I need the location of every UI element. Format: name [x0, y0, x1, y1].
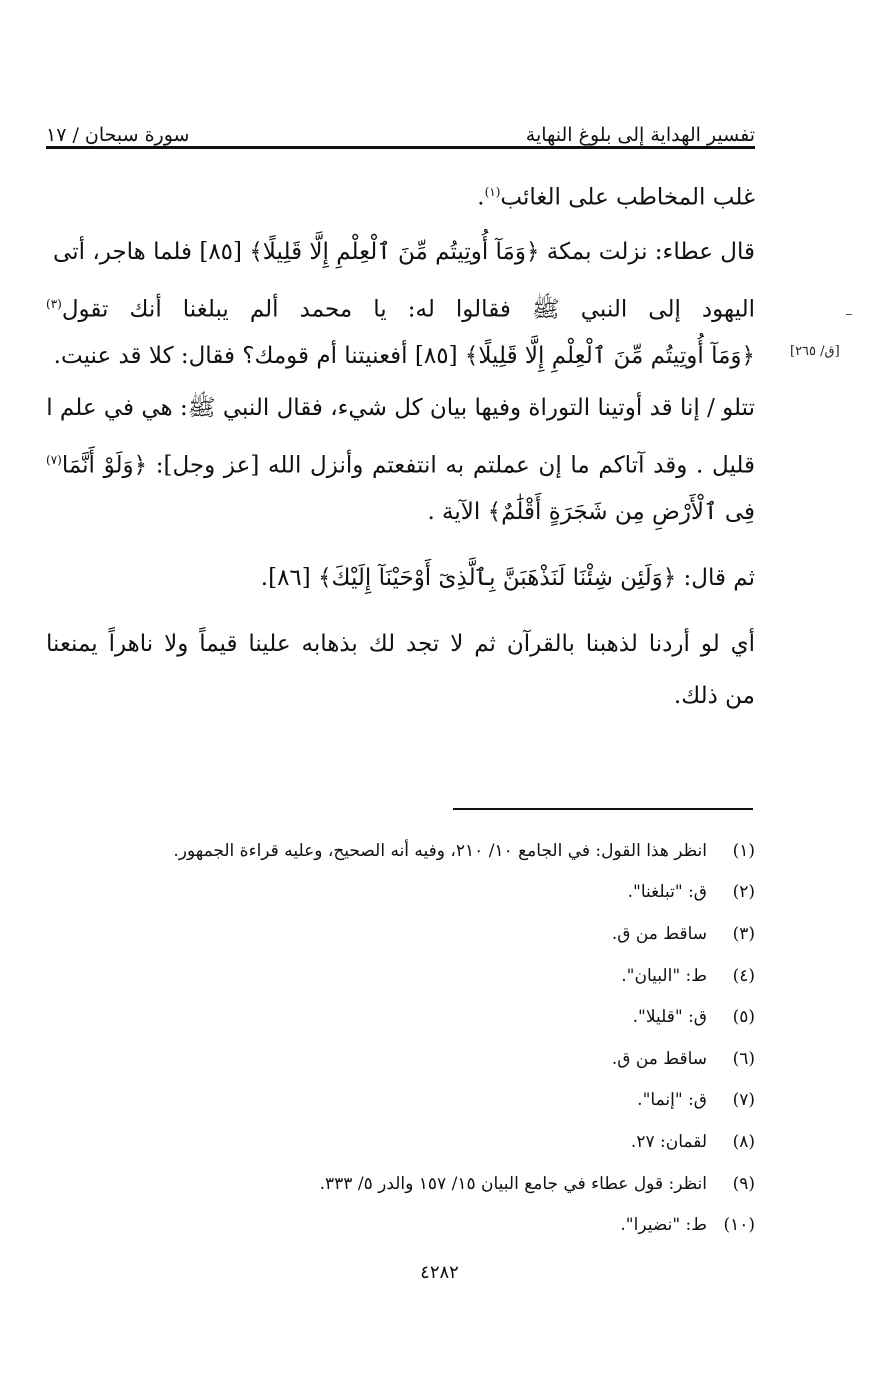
footnote-text: ق: "تبلغنا". — [46, 875, 707, 909]
line-text: تتلو / إنا قد أوتينا التوراة وفيها بيان … — [46, 395, 755, 421]
line-text: أي لو أردنا لذهبنا بالقرآن ثم لا تجد لك … — [46, 631, 755, 657]
footnote-marker[interactable]: (٣) — [46, 297, 62, 311]
footnote-item: (٢)ق: "تبلغنا". — [46, 872, 755, 914]
footnote-marker[interactable]: (١) — [485, 185, 501, 199]
footnote-marker[interactable]: (٧) — [46, 453, 62, 467]
footnote-number: (١) — [707, 834, 755, 868]
footnote-item: (١)انظر هذا القول: في الجامع ١٠/ ٢١٠، وف… — [46, 830, 755, 872]
footnote-number: (٧) — [707, 1083, 755, 1117]
text-line: قال عطاء: نزلت بمكة ﴿وَمَآ أُوتِيتُم مِّ… — [46, 226, 755, 278]
footnote-text: ط: "نضيرا". — [46, 1208, 707, 1242]
line-text: ثم قال: ﴿وَلَئِن شِئْنَا لَنَذْهَبَنَّ ب… — [261, 565, 755, 591]
manuscript-folio-note: [ق/ ٢٦٥] — [790, 344, 840, 359]
text-line: أي لو أردنا لذهبنا بالقرآن ثم لا تجد لك … — [46, 618, 755, 670]
footnote-number: (١٠) — [707, 1208, 755, 1242]
footnote-text: ساقط من ق. — [46, 917, 707, 951]
line-text: من ذلك. — [674, 683, 755, 709]
line-text: فِى ٱلْأَرْضِ مِن شَجَرَةٍ أَقْلَٰمٌ﴾ ال… — [427, 499, 755, 525]
text-line: اليهود إلى النبي ﷺ فقالوا له: يا محمد أل… — [46, 278, 755, 330]
footnote-divider — [453, 808, 753, 810]
footnote-number: (٢) — [707, 875, 755, 909]
line-text: غلب المخاطب على الغائب — [500, 185, 755, 211]
footnotes-list: (١)انظر هذا القول: في الجامع ١٠/ ٢١٠، وف… — [46, 830, 755, 1246]
surah-reference: سورة سبحان / ١٧ — [46, 124, 189, 146]
line-text: قليل . وقد آتاكم ما إن عملتم به انتفعتم … — [62, 453, 755, 479]
footnote-number: (٦) — [707, 1042, 755, 1076]
footnote-text: ق: "إنما". — [46, 1083, 707, 1117]
text-line: ثم قال: ﴿وَلَئِن شِئْنَا لَنَذْهَبَنَّ ب… — [46, 552, 755, 604]
running-header: تفسير الهداية إلى بلوغ النهاية سورة سبحا… — [46, 112, 755, 146]
main-text: غلب المخاطب على الغائب(١). قال عطاء: نزل… — [46, 166, 755, 722]
text-line: فِى ٱلْأَرْضِ مِن شَجَرَةٍ أَقْلَٰمٌ﴾ ال… — [46, 486, 755, 538]
footnote-number: (٤) — [707, 959, 755, 993]
line-text: ﴿وَمَآ أُوتِيتُم مِّنَ ٱلْعِلْمِ إِلَّا … — [46, 343, 755, 369]
line-text: قال عطاء: نزلت بمكة ﴿وَمَآ أُوتِيتُم مِّ… — [46, 239, 755, 265]
text-line: قليل . وقد آتاكم ما إن عملتم به انتفعتم … — [46, 434, 755, 486]
footnote-item: (٨)لقمان: ٢٧. — [46, 1121, 755, 1163]
footnote-item: (٦)ساقط من ق. — [46, 1038, 755, 1080]
footnote-text: انظر هذا القول: في الجامع ١٠/ ٢١٠، وفيه … — [46, 834, 707, 868]
text-line: ﴿وَمَآ أُوتِيتُم مِّنَ ٱلْعِلْمِ إِلَّا … — [46, 330, 755, 382]
footnote-item: (٩)انظر: قول عطاء في جامع البيان ١٥/ ١٥٧… — [46, 1163, 755, 1205]
footnote-number: (٩) — [707, 1167, 755, 1201]
footnote-text: ساقط من ق. — [46, 1042, 707, 1076]
margin-mark — [846, 314, 852, 315]
footnote-number: (٥) — [707, 1000, 755, 1034]
footnote-text: انظر: قول عطاء في جامع البيان ١٥/ ١٥٧ وا… — [46, 1167, 707, 1201]
text-line: من ذلك. — [46, 670, 755, 722]
footnote-number: (٣) — [707, 917, 755, 951]
book-page: تفسير الهداية إلى بلوغ النهاية سورة سبحا… — [0, 0, 879, 1380]
text-line: تتلو / إنا قد أوتينا التوراة وفيها بيان … — [46, 382, 755, 434]
footnote-item: (٥)ق: "قليلا". — [46, 996, 755, 1038]
footnote-item: (٧)ق: "إنما". — [46, 1080, 755, 1122]
footnote-item: (٣)ساقط من ق. — [46, 913, 755, 955]
footnote-item: (٤)ط: "البيان". — [46, 955, 755, 997]
footnote-text: لقمان: ٢٧. — [46, 1125, 707, 1159]
book-title: تفسير الهداية إلى بلوغ النهاية — [526, 124, 755, 146]
line-text: اليهود إلى النبي ﷺ فقالوا له: يا محمد أل… — [62, 297, 755, 323]
footnote-item: (١٠)ط: "نضيرا". — [46, 1204, 755, 1246]
page-number: ٤٢٨٢ — [0, 1262, 879, 1283]
footnote-text: ق: "قليلا". — [46, 1000, 707, 1034]
header-divider — [46, 146, 755, 149]
footnote-number: (٨) — [707, 1125, 755, 1159]
footnote-text: ط: "البيان". — [46, 959, 707, 993]
text-line: غلب المخاطب على الغائب(١). — [46, 166, 755, 218]
